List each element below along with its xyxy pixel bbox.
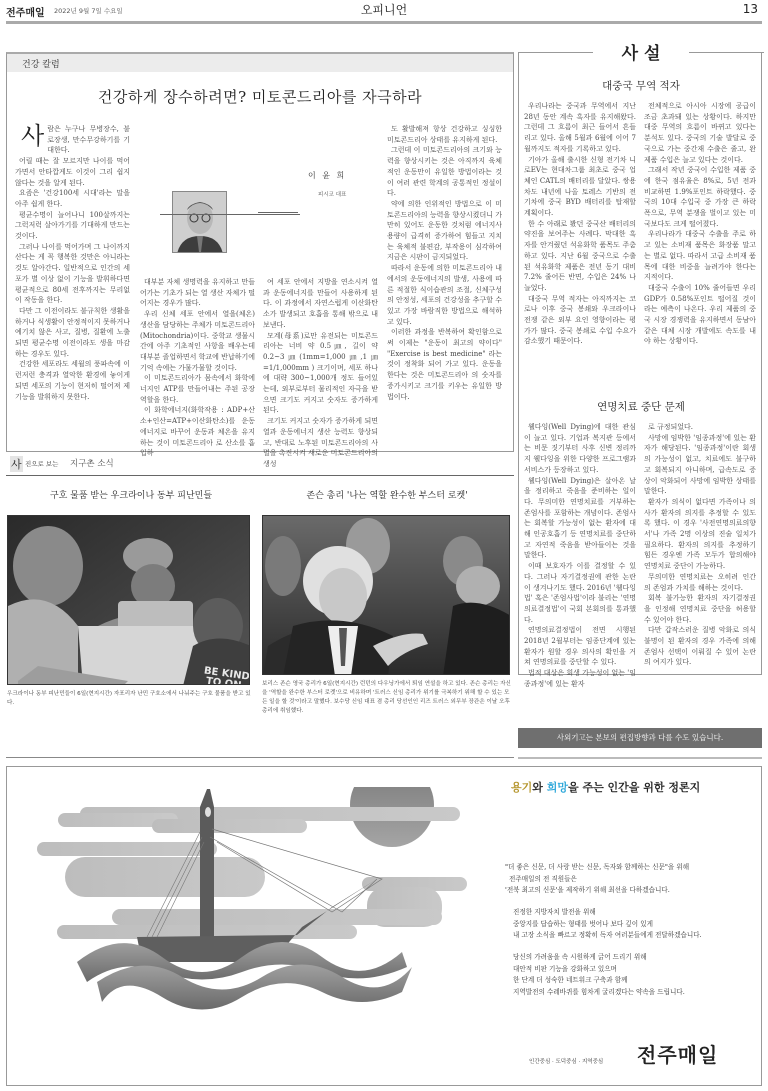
- disclaimer-banner: 사외기고는 본보의 편집방향과 다를 수도 있습니다.: [518, 728, 762, 748]
- editorial-headline-1: 대중국 무역 적자: [519, 78, 763, 93]
- paragraph: 약에 의한 인위적인 방법으로 이 미토콘드리아의 능력을 향상시켰더니 가만히…: [387, 199, 502, 263]
- paragraph: 모계(母系)로만 유전되는 미토콘드리아는 너비 약 0.5㎛, 길이 약 0.…: [263, 331, 378, 417]
- paragraph: 어릴 때는 잘 모르지만 나이를 먹어가면서 안타깝게도 이것이 그리 쉽지 않…: [15, 156, 130, 188]
- page-number: 13: [743, 2, 758, 16]
- paragraph: 다만 그 이전이라도 불규칙한 생활을 하거나 식생활이 안정적이지 못하거나 …: [15, 306, 130, 360]
- paper-name: 전주매일: [6, 4, 45, 19]
- paragraph: 평균수명이 늘어나니 100살까지는 그럭저럭 살아가기를 기대하게 만드는 것…: [15, 210, 130, 242]
- photo-caption-1: 우크라이나 동부 피난민들이 6일(현지시간) 자포리자 난민 구호소에서 나눠…: [7, 690, 252, 708]
- photo-ukraine-refugees: BE KIND TO ON: [7, 515, 250, 685]
- slogan-rest: 을 주는 인간을 위한 정론지: [568, 781, 700, 794]
- paragraph: 그러나 나이를 먹어가며 그 나이까지 산다는 게 꼭 행복한 것만은 아니라는…: [15, 242, 130, 306]
- paragraph: 건강한 세포라도 세월의 풍파속에 이런저런 충격과 열악한 환경에 놓이게 되…: [15, 359, 130, 402]
- paragraph: 이 미토콘드리아가 몸속에서 화학에너지인 ATP를 만들어내는 주된 공장 역…: [140, 373, 255, 405]
- ad-paragraph-2: 진정한 지방자치 발전을 위해 중앙지를 답습하는 형태를 벗어나 보다 깊이 …: [513, 907, 702, 942]
- paragraph: 연명의료결정법이 전면 시행된 2018년 2월부터는 임종단계에 있는 환자가…: [524, 625, 636, 668]
- photo-title-1: 구호 물품 받는 우크라이나 동부 피난민들: [6, 488, 256, 501]
- editorial-2-right: 로 규정되었다.사망에 임박한 '임종과정'에 있는 환자가 해당된다. '임종…: [644, 422, 756, 668]
- paragraph: 회복 불가능한 환자의 자기결정권을 인정해 연명치료 중단을 허용할 수 있어…: [644, 593, 756, 625]
- section-title: 오피니언: [344, 1, 424, 18]
- paragraph: 사람은 누구나 무병장수, 불로장생, 만수무강하기를 기대한다.: [15, 124, 130, 156]
- paragraph: 웰다잉(Well Dying)에 대한 관심이 늘고 있다. 기업과 복지관 등…: [524, 422, 636, 476]
- paragraph: 우리나라는 중국과 무역에서 지난 28년 동안 계속 흑자를 유지해왔다. 그…: [524, 101, 636, 155]
- paragraph: 우리나라가 대중국 수출을 주로 하고 있는 소비재 품목은 화장품 말고는 별…: [644, 229, 756, 283]
- byline-divider: [258, 212, 298, 213]
- editorial-1-left: 우리나라는 중국과 무역에서 지난 28년 동안 계속 흑자를 유지해왔다. 그…: [524, 101, 636, 347]
- editorial-headline-2: 연명치료 중단 문제: [519, 399, 763, 414]
- paragraph: 한 수 아래로 봤던 중국산 배터리의 약진을 보여주는 사례다. 막대한 흑자…: [524, 219, 636, 294]
- column-text-1: 사람은 누구나 무병장수, 불로장생, 만수무강하기를 기대한다.어릴 때는 잘…: [15, 124, 130, 402]
- paragraph: 대중국 무역 적자는 아직까지는 코로나 이후 중국 봉쇄와 우크라이나 전쟁 …: [524, 294, 636, 348]
- paragraph: 대부분 자체 생명력을 유지하고 만들어가는 기초가 되는 열 생산 자체가 떨…: [140, 277, 255, 309]
- editorial-2-left: 웰다잉(Well Dying)에 대한 관심이 늘고 있다. 기업과 복지관 등…: [524, 422, 636, 690]
- photo-caption-2: 보리스 존슨 영국 총리가 6일(현지시간) 런던의 다우닝가에서 퇴임 연설을…: [262, 680, 512, 716]
- paragraph: 웰다잉(Well Dying)은 살아온 날을 정리하고 죽음을 준비하는 일이…: [524, 476, 636, 562]
- slogan-hope: 희망: [547, 781, 568, 794]
- paragraph: 로 규정되었다.: [644, 422, 756, 433]
- drop-cap: 사: [21, 124, 44, 148]
- paragraph: 환자가 의식이 없다면 가족이나 의사가 환자의 의지를 추정할 수 있도록 했…: [644, 497, 756, 572]
- paragraph: 도 활발해져 항상 건강하고 싱싱한 미토콘드리아 상태를 유지하게 된다.: [387, 124, 502, 145]
- masthead-divider: [6, 21, 762, 24]
- ad-motto: 인간중심 · 도덕중심 · 지역중심: [529, 1057, 603, 1065]
- paragraph: 다만 갑작스러운 질병 악화로 의식불명이 된 환자의 경우 가족에 의해 존엄…: [644, 625, 756, 668]
- ad-paragraph-1: "더 좋은 신문, 더 사랑 받는 신문, 독자와 함께하는 신문"을 위해 전…: [505, 862, 689, 897]
- newspaper-logo: 전주매일: [637, 1039, 718, 1068]
- paragraph: 이때 보호자가 이를 결정할 수 있다. 그러나 자기결정권에 관한 논란이 생…: [524, 561, 636, 625]
- newspaper-advertisement: 용기와 희망을 주는 인간을 위한 정론지 "더 좋은 신문, 더 사랑 받는 …: [6, 766, 762, 1086]
- author-role: 피시코 대표: [318, 190, 346, 198]
- author-name: 이 윤 희: [308, 170, 346, 181]
- disclaimer-divider: [518, 757, 762, 759]
- photo-divider: [160, 214, 300, 215]
- slogan-courage: 용기: [511, 781, 532, 794]
- author-photo: [172, 191, 227, 253]
- paragraph: 그런데 이 미토콘드리아의 크기와 능력을 향상시키는 것은 아직까지 육체적인…: [387, 145, 502, 199]
- paragraph: 따라서 운동에 의한 미토콘드리아 내에서의 운동에너지의 발생, 사용에 따른…: [387, 263, 502, 327]
- editorial-section: 사 설 대중국 무역 적자 우리나라는 중국과 무역에서 지난 28년 동안 계…: [518, 52, 762, 675]
- photo-boris-johnson: [262, 515, 510, 675]
- paragraph: 여 세포 안에서 지방을 연소시켜 열과 운동에너지를 만들어 사용하게 된다.…: [263, 277, 378, 331]
- paragraph: 이 화학에너지(화학작용 : ADP+산소+인산=ATP+이산화탄소)를 운동에…: [140, 405, 255, 459]
- photo-news-divider: [6, 757, 514, 758]
- photo-news-label: 진으로 보는: [25, 459, 58, 468]
- paragraph: 전체적으로 아시아 시장에 공급이 조금 초과돼 있는 상황이다. 하지만 대중…: [644, 101, 756, 165]
- paragraph: 우리 신체 세포 안에서 열을(체온) 생산을 담당하는 주체가 미토콘드리아(…: [140, 309, 255, 373]
- slogan-and: 와: [532, 781, 546, 794]
- photo-title-2: 존슨 총리 '나는 역할 완수한 부스터 로켓': [262, 488, 512, 501]
- paragraph: 그래서 작년 중국이 수입한 제품 중에 한국 점유율은 8%로, 5년 전과 …: [644, 165, 756, 229]
- column-headline: 건강하게 장수하려면? 미토콘드리아를 자극하라: [7, 86, 513, 107]
- column-text-4: 도 활발해져 항상 건강하고 싱싱한 미토콘드리아 상태를 유지하게 된다.그런…: [387, 124, 502, 402]
- paragraph: 기아가 올해 출시한 신형 전기차 니로EV는 현대차그룹 최초로 중국 업체인…: [524, 155, 636, 219]
- paragraph: 무의미한 연명치료는 오히려 인간의 존엄과 가치를 해하는 것이다.: [644, 572, 756, 593]
- column-text-3: 여 세포 안에서 지방을 연소시켜 열과 운동에너지를 만들어 사용하게 된다.…: [263, 277, 378, 470]
- paragraph: 이러한 과정을 반복하여 확인함으로써 이제는 "운동이 최고의 약이다" "E…: [387, 327, 502, 402]
- paragraph: 사망에 임박한 '임종과정'에 있는 환자가 해당된다. '임종과정'이란 회생…: [644, 433, 756, 497]
- health-column: 건강 칼럼 건강하게 장수하려면? 미토콘드리아를 자극하라 사람은 누구나 무…: [6, 52, 514, 452]
- ad-paragraph-3: 당신의 가려움을 속 시원하게 긁어 드리기 위해 대안적 비판 기능을 강화하…: [513, 952, 685, 998]
- column-text-2: 대부분 자체 생명력을 유지하고 만들어가는 기초가 되는 열 생산 자체가 떨…: [140, 277, 255, 459]
- editorial-title: 사 설: [519, 39, 763, 64]
- column-tag: 건강 칼럼: [7, 54, 513, 72]
- paragraph: 요즘은 '건강100세 시대'라는 말을 아주 쉽게 한다.: [15, 188, 130, 209]
- paragraph: 법적 대상은 회생 가능성이 없는 '임종과정'에 있는 환자: [524, 668, 636, 689]
- photo-news-initial: 사: [10, 456, 23, 472]
- photo-news-header: 사 진으로 보는 지구촌 소식: [6, 452, 514, 476]
- photo-news-subject: 지구촌 소식: [70, 457, 114, 469]
- editorial-1-right: 전체적으로 아시아 시장에 공급이 조금 초과돼 있는 상황이다. 하지만 대중…: [644, 101, 756, 347]
- ad-slogan: 용기와 희망을 주는 인간을 위한 정론지: [511, 779, 700, 795]
- paragraph: 대중국 수출이 10% 줄어들면 우리 GDP가 0.58%포인트 떨어질 것이…: [644, 283, 756, 347]
- sailboat-illustration: [32, 787, 482, 1017]
- issue-date: 2022년 9월 7일 수요일: [54, 6, 123, 15]
